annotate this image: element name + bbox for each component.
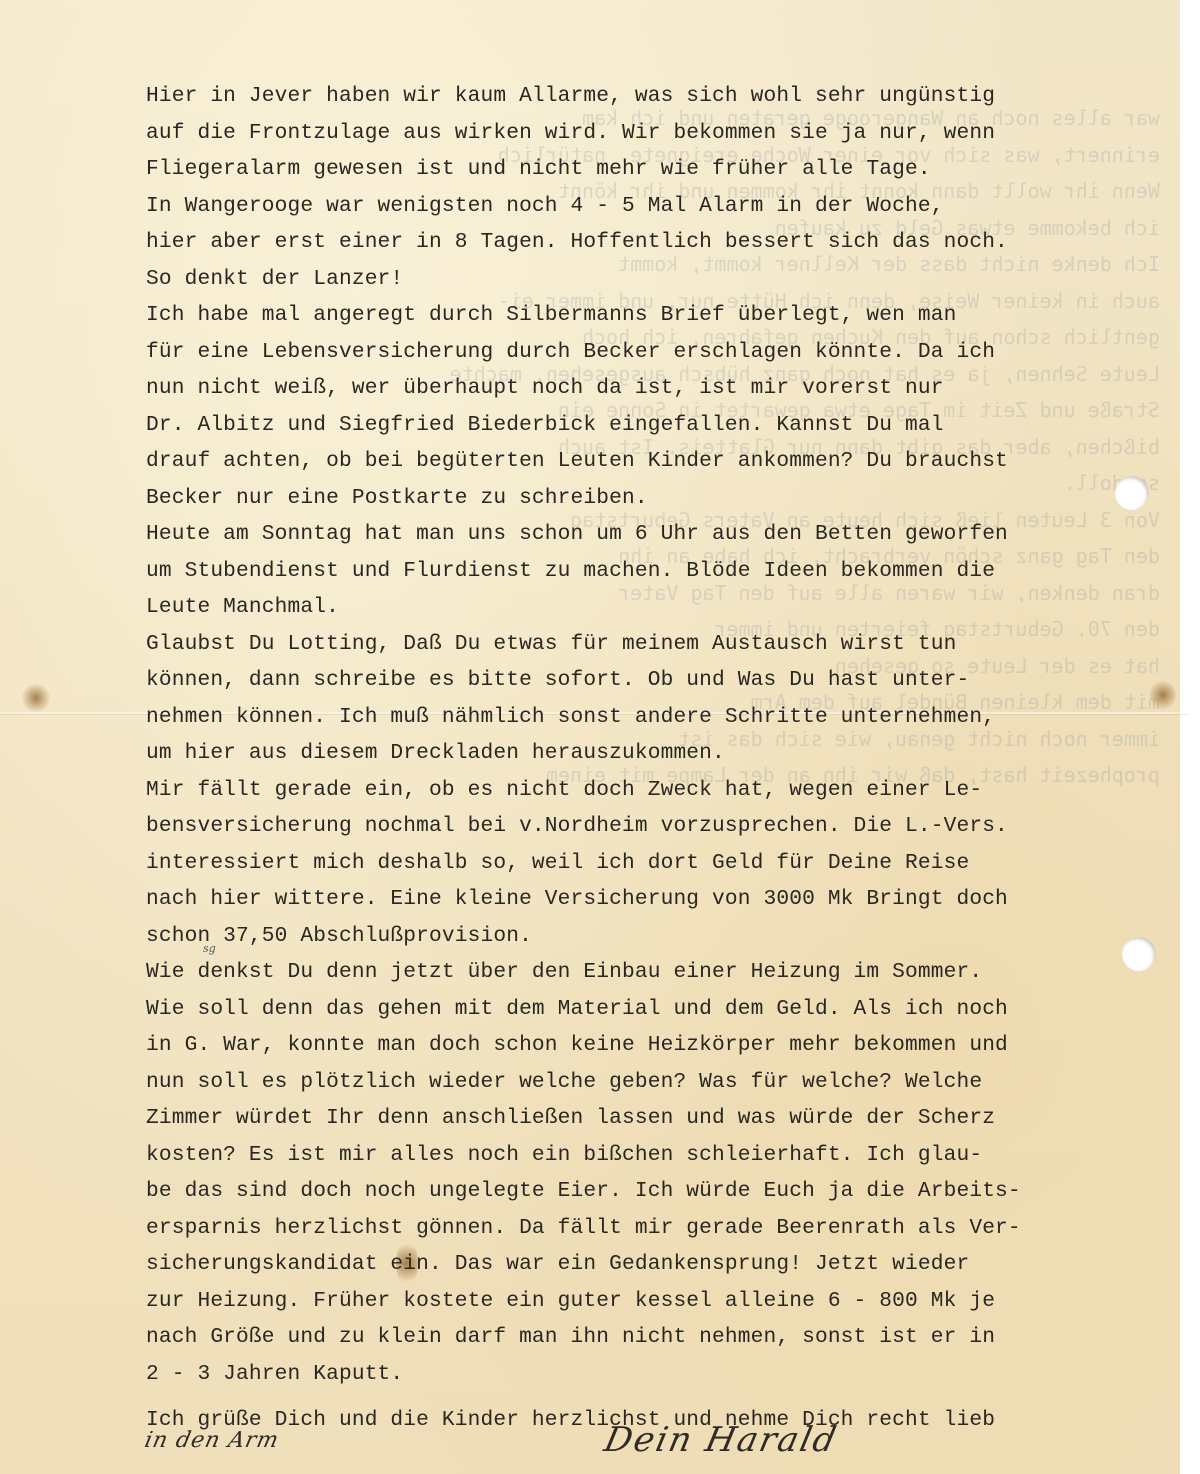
text-line: schon 37,50 Abschlußprovision. xyxy=(146,918,1156,955)
stain-spot xyxy=(22,684,50,712)
text-line: zur Heizung. Früher kostete ein guter ke… xyxy=(146,1283,1156,1320)
text-line: ersparnis herzlichst gönnen. Da fällt mi… xyxy=(146,1210,1156,1247)
text-line: So denkt der Lanzer! xyxy=(146,261,1156,298)
text-line: Dr. Albitz und Siegfried Biederbick eing… xyxy=(146,407,1156,444)
text-line: Wie soll denn das gehen mit dem Material… xyxy=(146,991,1156,1028)
text-line: Fliegeralarm gewesen ist und nicht mehr … xyxy=(146,151,1156,188)
handwritten-closing: in den Arm xyxy=(142,1428,281,1453)
text-line: drauf achten, ob bei begüterten Leuten K… xyxy=(146,443,1156,480)
text-line: nach hier wittere. Eine kleine Versicher… xyxy=(146,881,1156,918)
text-line: sicherungskandidat ein. Das war ein Geda… xyxy=(146,1246,1156,1283)
letter-body: Hier in Jever haben wir kaum Allarme, wa… xyxy=(146,78,1156,1439)
text-line: 2 - 3 Jahren Kaputt. xyxy=(146,1356,1156,1393)
text-line: Heute am Sonntag hat man uns schon um 6 … xyxy=(146,516,1156,553)
text-line: kosten? Es ist mir alles noch ein bißche… xyxy=(146,1137,1156,1174)
text-line: in G. War, konnte man doch schon keine H… xyxy=(146,1027,1156,1064)
text-line: können, dann schreibe es bitte sofort. O… xyxy=(146,662,1156,699)
text-line: bensversicherung nochmal bei v.Nordheim … xyxy=(146,808,1156,845)
text-line: In Wangerooge war wenigsten noch 4 - 5 M… xyxy=(146,188,1156,225)
text-line: Wie denkst Du denn jetzt über den Einbau… xyxy=(146,954,1156,991)
text-line: auf die Frontzulage aus wirken wird. Wir… xyxy=(146,115,1156,152)
text-line: für eine Lebensversicherung durch Becker… xyxy=(146,334,1156,371)
text-line: interessiert mich deshalb so, weil ich d… xyxy=(146,845,1156,882)
text-line: Glaubst Du Lotting, Daß Du etwas für mei… xyxy=(146,626,1156,663)
text-line: Becker nur eine Postkarte zu schreiben. xyxy=(146,480,1156,517)
text-line: hier aber erst einer in 8 Tagen. Hoffent… xyxy=(146,224,1156,261)
text-line: nun soll es plötzlich wieder welche gebe… xyxy=(146,1064,1156,1101)
text-line: um hier aus diesem Dreckladen herauszuko… xyxy=(146,735,1156,772)
text-line: nach Größe und zu klein darf man ihn nic… xyxy=(146,1319,1156,1356)
text-line: nehmen können. Ich muß nähmlich sonst an… xyxy=(146,699,1156,736)
text-line: Ich habe mal angeregt durch Silbermanns … xyxy=(146,297,1156,334)
text-line: Leute Manchmal. xyxy=(146,589,1156,626)
text-line: Hier in Jever haben wir kaum Allarme, wa… xyxy=(146,78,1156,115)
text-line: nun nicht weiß, wer überhaupt noch da is… xyxy=(146,370,1156,407)
paper-edge xyxy=(1180,0,1190,1474)
letter-page: war alles noch an Wangerooge geraten und… xyxy=(0,0,1190,1474)
text-line: Zimmer würdet Ihr denn anschließen lasse… xyxy=(146,1100,1156,1137)
signature: Dein Harald xyxy=(601,1420,842,1460)
text-line: be das sind doch noch ungelegte Eier. Ic… xyxy=(146,1173,1156,1210)
text-line: Mir fällt gerade ein, ob es nicht doch Z… xyxy=(146,772,1156,809)
text-line: um Stubendienst und Flurdienst zu machen… xyxy=(146,553,1156,590)
